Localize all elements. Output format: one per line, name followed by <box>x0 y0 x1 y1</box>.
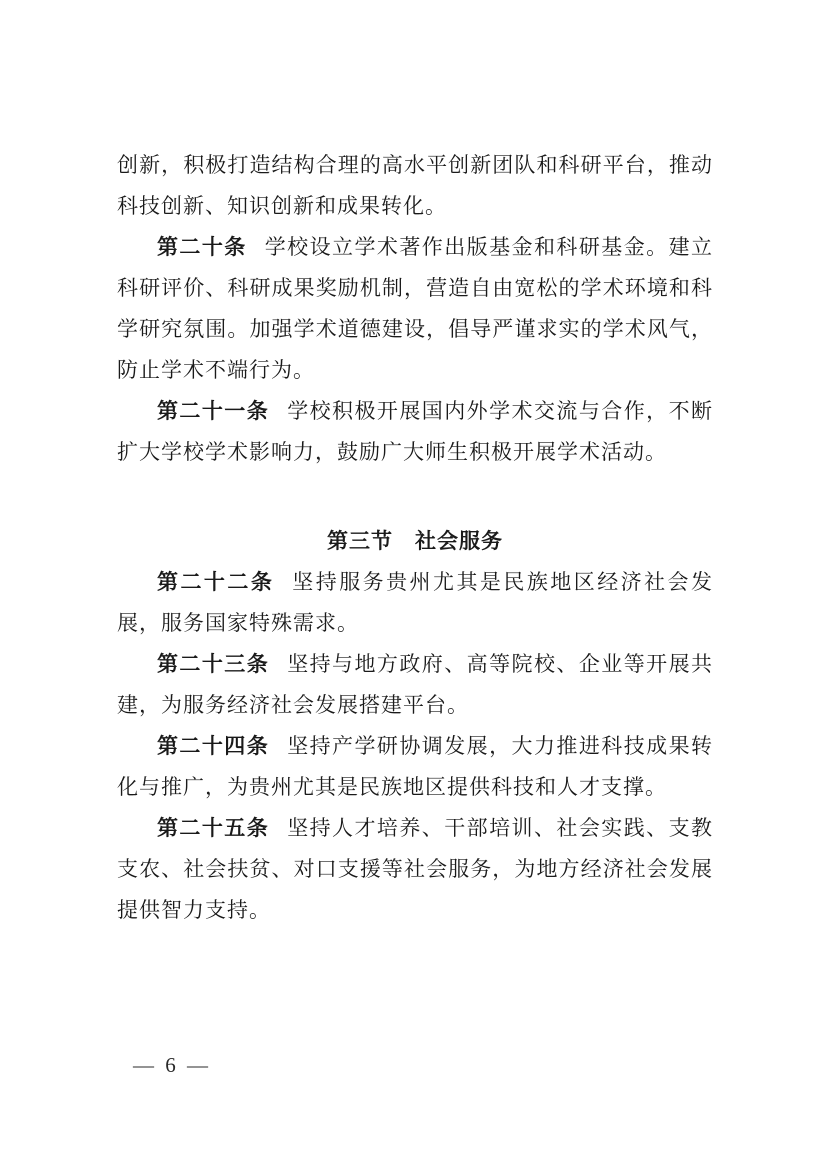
article-line: 第二十条学校设立学术著作出版基金和科研基金。建立 <box>117 227 713 268</box>
article-number: 第二十三条 <box>157 653 269 676</box>
article-number: 第二十五条 <box>157 817 269 840</box>
text-line: 科技创新、知识创新和成果转化。 <box>117 186 713 227</box>
text-line: 展，服务国家特殊需求。 <box>117 603 713 644</box>
text-line: 支农、社会扶贫、对口支援等社会服务，为地方经济社会发展 <box>117 849 713 890</box>
document-body: 创新，积极打造结构合理的高水平创新团队和科研平台，推动 科技创新、知识创新和成果… <box>117 145 713 931</box>
text-line: 提供智力支持。 <box>117 890 713 931</box>
line-text: 坚持与地方政府、高等院校、企业等开展共 <box>287 652 713 676</box>
article-number: 第二十条 <box>157 236 247 259</box>
line-text: 提供智力支持。 <box>117 898 271 922</box>
article-line: 第二十五条坚持人才培养、干部培训、社会实践、支教 <box>117 808 713 849</box>
text-line: 防止学术不端行为。 <box>117 350 713 391</box>
text-line: 建，为服务经济社会发展搭建平台。 <box>117 685 713 726</box>
line-text: 科研评价、科研成果奖励机制，营造自由宽松的学术环境和科 <box>117 276 713 300</box>
line-text: 建，为服务经济社会发展搭建平台。 <box>117 693 469 717</box>
article-line: 第二十二条坚持服务贵州尤其是民族地区经济社会发 <box>117 562 713 603</box>
article-number: 第二十二条 <box>157 571 274 594</box>
section-heading: 第三节 社会服务 <box>117 521 713 562</box>
text-line: 创新，积极打造结构合理的高水平创新团队和科研平台，推动 <box>117 145 713 186</box>
text-line: 科研评价、科研成果奖励机制，营造自由宽松的学术环境和科 <box>117 268 713 309</box>
line-text: 扩大学校学术影响力，鼓励广大师生积极开展学术活动。 <box>117 440 667 464</box>
article-number: 第二十一条 <box>157 400 269 423</box>
line-text: 创新，积极打造结构合理的高水平创新团队和科研平台，推动 <box>117 153 713 177</box>
line-text: 防止学术不端行为。 <box>117 358 315 382</box>
text-line: 扩大学校学术影响力，鼓励广大师生积极开展学术活动。 <box>117 432 713 473</box>
text-line: 学研究氛围。加强学术道德建设，倡导严谨求实的学术风气， <box>117 309 713 350</box>
article-line: 第二十三条坚持与地方政府、高等院校、企业等开展共 <box>117 644 713 685</box>
line-text: 科技创新、知识创新和成果转化。 <box>117 194 447 218</box>
line-text: 展，服务国家特殊需求。 <box>117 611 359 635</box>
line-text: 学校积极开展国内外学术交流与合作，不断 <box>287 399 713 423</box>
line-text: 坚持产学研协调发展，大力推进科技成果转 <box>287 734 713 758</box>
article-line: 第二十一条学校积极开展国内外学术交流与合作，不断 <box>117 391 713 432</box>
article-number: 第二十四条 <box>157 735 269 758</box>
document-page: 创新，积极打造结构合理的高水平创新团队和科研平台，推动 科技创新、知识创新和成果… <box>0 0 826 1169</box>
text-line: 化与推广，为贵州尤其是民族地区提供科技和人才支撑。 <box>117 767 713 808</box>
line-text: 坚持人才培养、干部培训、社会实践、支教 <box>287 816 713 840</box>
line-text: 坚持服务贵州尤其是民族地区经济社会发 <box>292 570 713 594</box>
page-number: — 6 — <box>133 1049 211 1081</box>
line-text: 学研究氛围。加强学术道德建设，倡导严谨求实的学术风气， <box>117 317 713 341</box>
blank-line <box>117 473 713 521</box>
line-text: 学校设立学术著作出版基金和科研基金。建立 <box>265 235 713 259</box>
section-heading-text: 第三节 社会服务 <box>327 530 503 553</box>
article-line: 第二十四条坚持产学研协调发展，大力推进科技成果转 <box>117 726 713 767</box>
line-text: 支农、社会扶贫、对口支援等社会服务，为地方经济社会发展 <box>117 857 713 881</box>
line-text: 化与推广，为贵州尤其是民族地区提供科技和人才支撑。 <box>117 775 667 799</box>
